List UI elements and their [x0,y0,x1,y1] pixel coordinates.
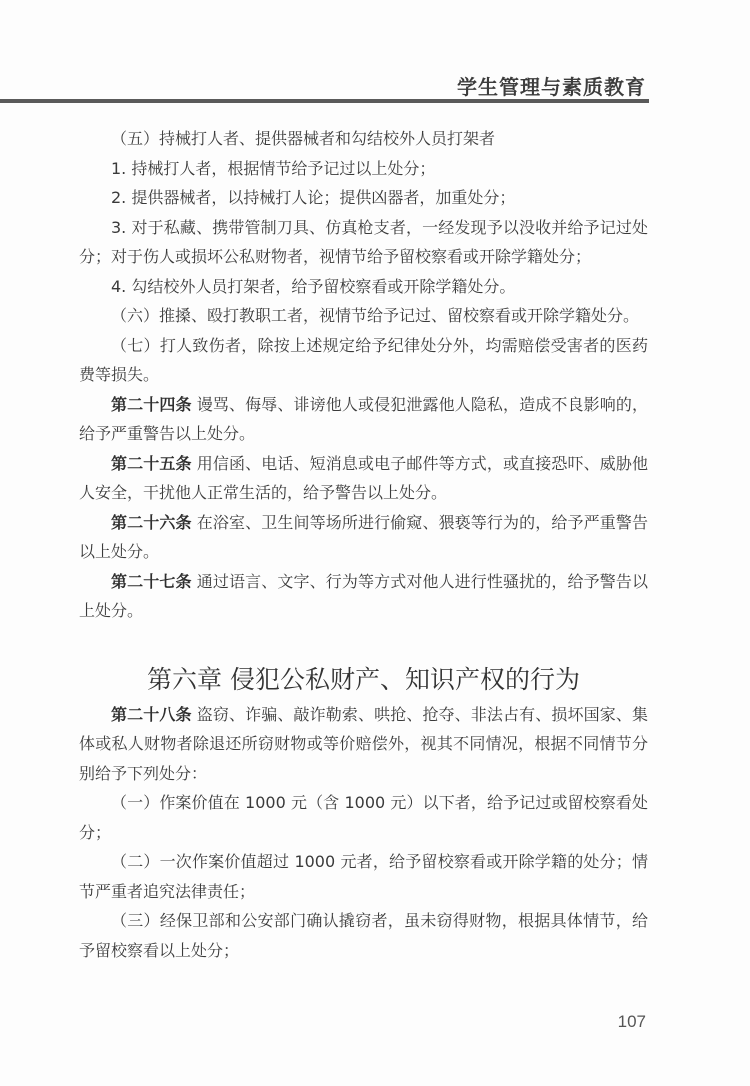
paragraph-text: （一）作案价值在 1000 元（含 1000 元）以下者，给予记过或留校察看处分… [79,793,648,842]
paragraph-text: （五）持械打人者、提供器械者和勾结校外人员打架者 [111,129,495,148]
paragraph-text: 4. 勾结校外人员打架者，给予留校察看或开除学籍处分。 [111,277,515,296]
article-24: 第二十四条 谩骂、侮辱、诽谤他人或侵犯泄露他人隐私，造成不良影响的，给予严重警告… [79,390,648,449]
article-label: 第二十四条 [111,395,192,414]
paragraph-text: （二）一次作案价值超过 1000 元者，给予留校察看或开除学籍的处分；情节严重者… [79,852,648,901]
paragraph: （三）经保卫部和公安部门确认撬窃者，虽未窃得财物，根据具体情节，给予留校察看以上… [79,906,648,965]
paragraph: （七）打人致伤者，除按上述规定给予纪律处分外，均需赔偿受害者的医药费等损失。 [79,331,648,390]
article-label: 第二十六条 [111,513,192,532]
paragraph: 3. 对于私藏、携带管制刀具、仿真枪支者，一经发现予以没收并给予记过处分；对于伤… [79,213,648,272]
paragraph: （六）推搡、殴打教职工者，视情节给予记过、留校察看或开除学籍处分。 [79,301,648,331]
running-header-title: 学生管理与素质教育 [457,71,646,100]
article-25: 第二十五条 用信函、电话、短消息或电子邮件等方式，或直接恐吓、威胁他人安全，干扰… [79,449,648,508]
header-rule [0,99,649,103]
paragraph-text: （三）经保卫部和公安部门确认撬窃者，虽未窃得财物，根据具体情节，给予留校察看以上… [79,911,648,960]
article-label: 第二十五条 [111,454,192,473]
paragraph: 2. 提供器械者，以持械打人论；提供凶器者，加重处分； [79,183,648,213]
paragraph-text: 1. 持械打人者，根据情节给予记过以上处分； [111,159,435,178]
article-27: 第二十七条 通过语言、文字、行为等方式对他人进行性骚扰的，给予警告以上处分。 [79,567,648,626]
paragraph: （一）作案价值在 1000 元（含 1000 元）以下者，给予记过或留校察看处分… [79,788,648,847]
article-label: 第二十七条 [111,572,192,591]
paragraph-text: 3. 对于私藏、携带管制刀具、仿真枪支者，一经发现予以没收并给予记过处分；对于伤… [79,218,648,267]
article-label: 第二十八条 [111,705,192,724]
chapter-heading: 第六章 侵犯公私财产、知识产权的行为 [79,626,648,700]
article-28: 第二十八条 盗窃、诈骗、敲诈勒索、哄抢、抢夺、非法占有、损坏国家、集体或私人财物… [79,700,648,789]
paragraph-text: 2. 提供器械者，以持械打人论；提供凶器者，加重处分； [111,188,515,207]
page-number: 107 [618,1012,646,1032]
page-body: （五）持械打人者、提供器械者和勾结校外人员打架者 1. 持械打人者，根据情节给予… [79,124,648,965]
paragraph: 4. 勾结校外人员打架者，给予留校察看或开除学籍处分。 [79,272,648,302]
article-26: 第二十六条 在浴室、卫生间等场所进行偷窥、猥亵等行为的，给予严重警告以上处分。 [79,508,648,567]
paragraph: （五）持械打人者、提供器械者和勾结校外人员打架者 [79,124,648,154]
paragraph-text: （七）打人致伤者，除按上述规定给予纪律处分外，均需赔偿受害者的医药费等损失。 [79,336,648,385]
paragraph: （二）一次作案价值超过 1000 元者，给予留校察看或开除学籍的处分；情节严重者… [79,847,648,906]
paragraph-text: （六）推搡、殴打教职工者，视情节给予记过、留校察看或开除学籍处分。 [111,306,639,325]
paragraph: 1. 持械打人者，根据情节给予记过以上处分； [79,154,648,184]
